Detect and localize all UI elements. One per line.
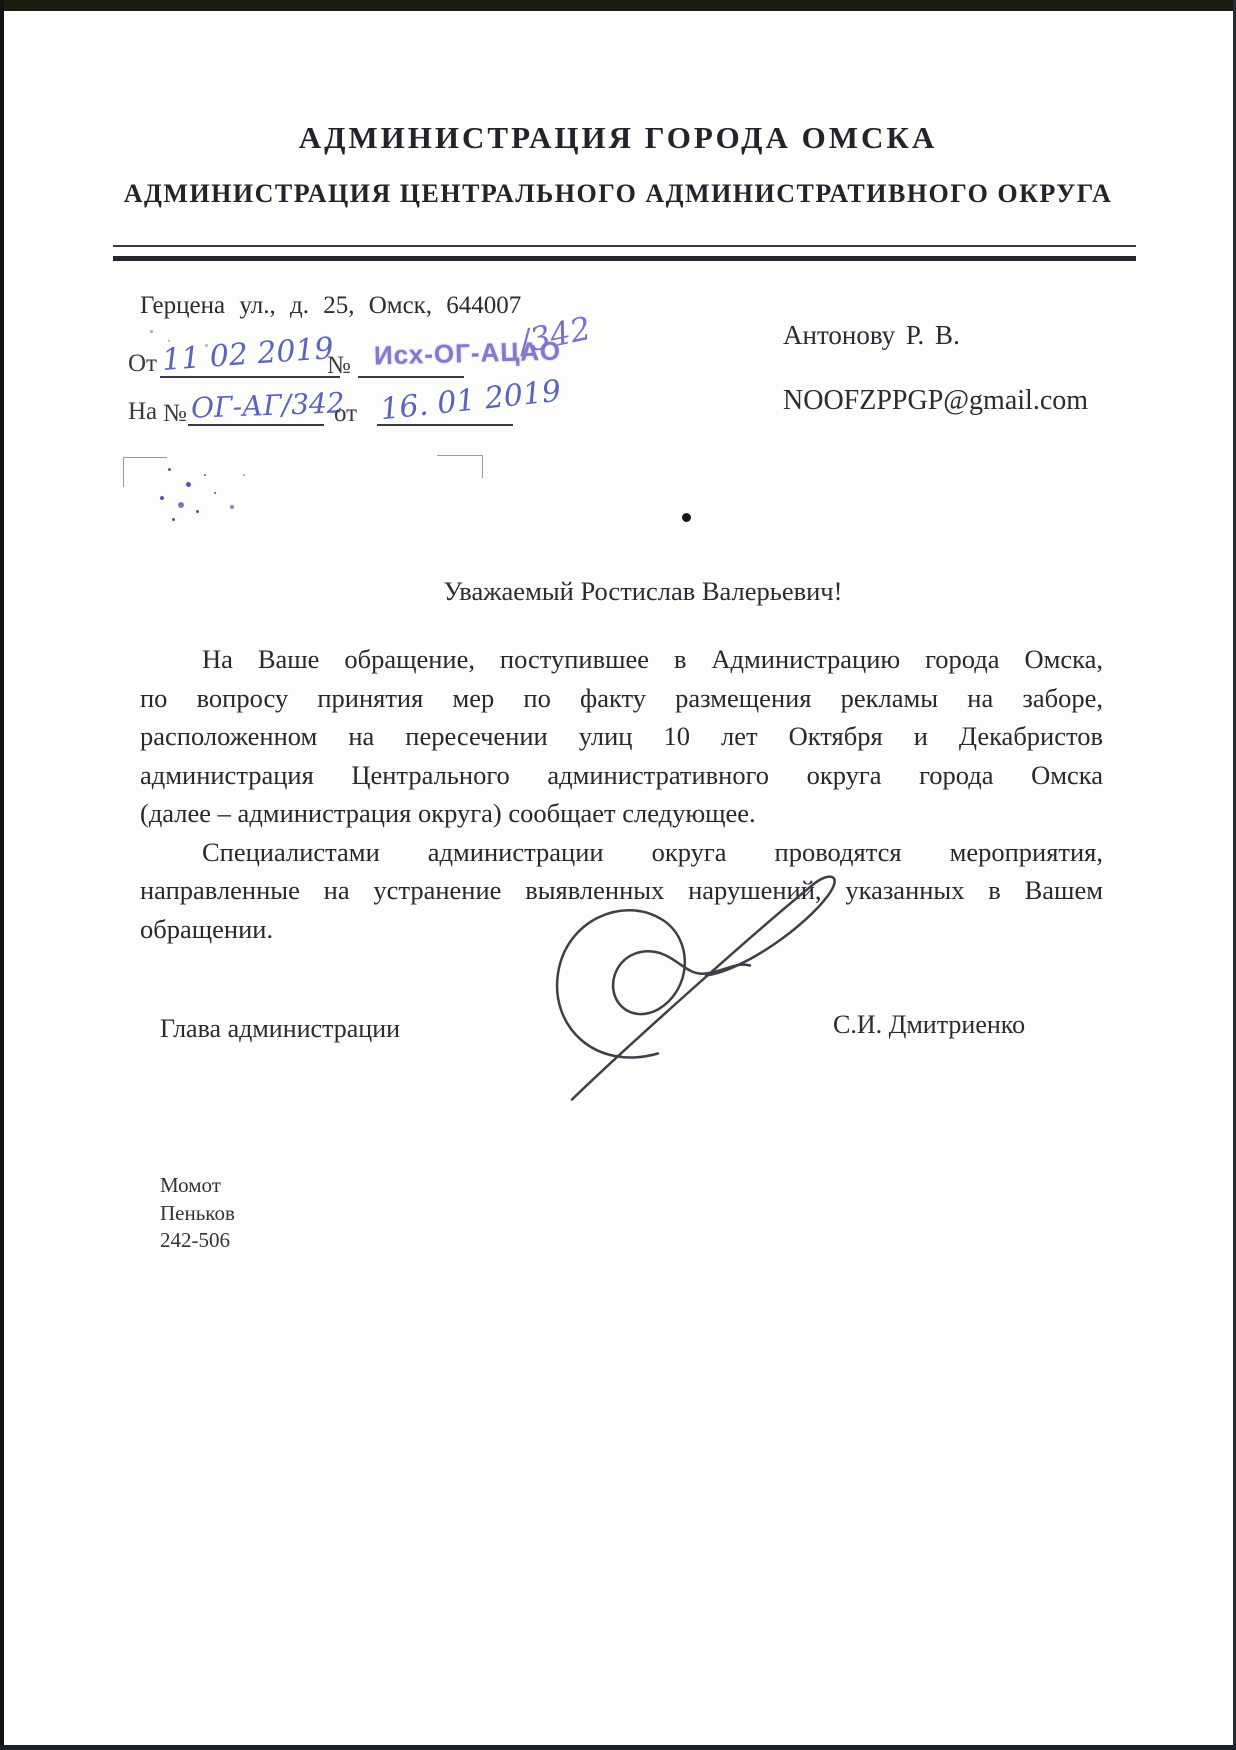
body-line: расположенном на пересечении улиц 10 лет… bbox=[140, 717, 1103, 756]
signer-position: Глава администрации bbox=[160, 1014, 400, 1044]
ink-splatter-dot bbox=[168, 340, 170, 342]
signature-scribble bbox=[510, 855, 870, 1110]
outgoing-number-handwritten: /342 bbox=[516, 309, 594, 361]
ink-dot-artifact bbox=[682, 513, 691, 522]
reply-label: На bbox=[128, 398, 157, 426]
reply-date-label: от bbox=[334, 400, 357, 428]
letterhead-title: АДМИНИСТРАЦИЯ ГОРОДА ОМСКА bbox=[0, 120, 1236, 156]
body-line: На Ваше обращение, поступившее в Админис… bbox=[140, 640, 1103, 679]
number-sign: № bbox=[327, 352, 351, 380]
executor-phone: 242-506 bbox=[160, 1227, 235, 1255]
outgoing-number-underline bbox=[358, 376, 464, 378]
ink-splatter-dot bbox=[172, 518, 175, 521]
signer-name: С.И. Дмитриенко bbox=[833, 1010, 1025, 1040]
letterhead-divider-thick bbox=[113, 256, 1136, 261]
ink-splatter-dot bbox=[204, 474, 206, 476]
executor-info: Момот Пеньков 242-506 bbox=[160, 1172, 235, 1255]
ink-splatter-dot bbox=[186, 482, 191, 487]
reply-number-sign: № bbox=[163, 400, 187, 428]
ink-splatter-dot bbox=[168, 468, 171, 471]
ink-splatter-dot bbox=[178, 502, 184, 508]
executor-name-1: Момот bbox=[160, 1172, 235, 1200]
body-line: по вопросу принятия мер по факту размеще… bbox=[140, 679, 1103, 718]
address-zone-corner-right bbox=[437, 455, 483, 478]
ink-splatter-dot bbox=[243, 474, 245, 476]
address-zone-corner-left bbox=[123, 457, 167, 487]
ink-splatter-dot bbox=[150, 330, 153, 333]
from-label: От bbox=[128, 350, 157, 378]
ink-splatter-dot bbox=[196, 510, 199, 513]
reply-number-underline bbox=[188, 424, 324, 426]
scan-edge-top bbox=[0, 0, 1236, 11]
scan-edge-bottom bbox=[0, 1745, 1236, 1750]
letterhead-subtitle: АДМИНИСТРАЦИЯ ЦЕНТРАЛЬНОГО АДМИНИСТРАТИВ… bbox=[0, 179, 1236, 209]
body-line: администрация Центрального административ… bbox=[140, 756, 1103, 795]
executor-name-2: Пеньков bbox=[160, 1200, 235, 1228]
sender-address: Герцена ул., д. 25, Омск, 644007 bbox=[140, 292, 521, 320]
salutation: Уважаемый Ростислав Валерьевич! bbox=[25, 576, 1236, 607]
recipient-name: Антонову Р. В. bbox=[783, 320, 960, 351]
recipient-email: NOOFZPPGP@gmail.com bbox=[783, 385, 1088, 417]
reply-number-handwritten: ОГ-АГ/342 bbox=[190, 386, 345, 424]
scanned-letter-page: АДМИНИСТРАЦИЯ ГОРОДА ОМСКА АДМИНИСТРАЦИЯ… bbox=[0, 0, 1236, 1750]
ink-splatter-dot bbox=[230, 505, 234, 509]
ink-splatter-dot bbox=[214, 492, 216, 494]
ink-splatter-dot bbox=[205, 344, 208, 347]
body-line: (далее – администрация округа) сообщает … bbox=[140, 794, 1103, 833]
outgoing-date-handwritten: 11 02 2019 bbox=[161, 331, 335, 378]
ink-splatter-dot bbox=[160, 496, 164, 500]
letterhead-divider-thin bbox=[113, 245, 1136, 247]
scan-edge-left bbox=[0, 0, 4, 1750]
reply-date-handwritten: 16. 01 2019 bbox=[379, 374, 563, 428]
